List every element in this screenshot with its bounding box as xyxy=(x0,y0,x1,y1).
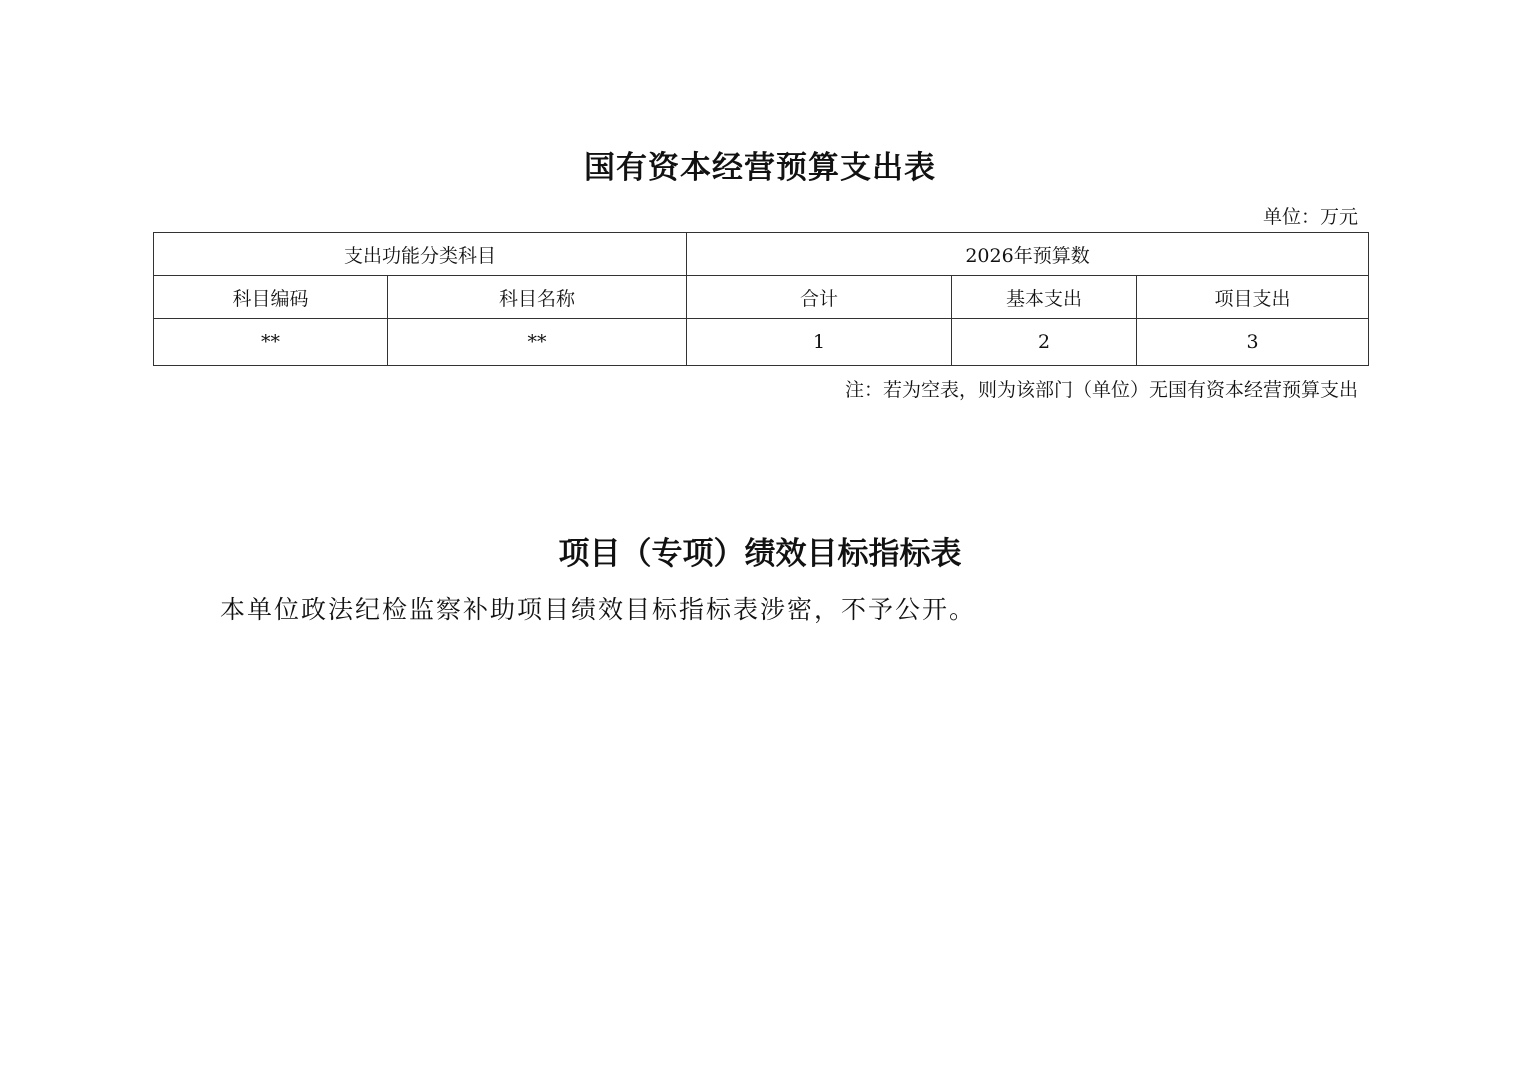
page-title-performance-targets: 项目（专项）绩效目标指标表 xyxy=(0,528,1520,573)
page-title-state-capital-budget: 国有资本经营预算支出表 xyxy=(0,142,1520,187)
cell-code: ** xyxy=(154,319,388,366)
unit-label: 单位：万元 xyxy=(1263,202,1358,229)
column-header-basic: 基本支出 xyxy=(952,276,1137,319)
table-row: ** ** 1 2 3 xyxy=(154,319,1369,366)
column-header-name: 科目名称 xyxy=(388,276,687,319)
cell-project: 3 xyxy=(1137,319,1369,366)
column-header-project: 项目支出 xyxy=(1137,276,1369,319)
budget-table: 支出功能分类科目 2026年预算数 科目编码 科目名称 合计 基本支出 项目支出… xyxy=(153,232,1369,366)
group-header-function-category: 支出功能分类科目 xyxy=(154,233,687,276)
column-header-row: 科目编码 科目名称 合计 基本支出 项目支出 xyxy=(154,276,1369,319)
group-header-budget-year: 2026年预算数 xyxy=(687,233,1369,276)
cell-basic: 2 xyxy=(952,319,1137,366)
table-note: 注：若为空表，则为该部门（单位）无国有资本经营预算支出 xyxy=(845,375,1358,402)
cell-total: 1 xyxy=(687,319,952,366)
column-header-total: 合计 xyxy=(687,276,952,319)
column-header-code: 科目编码 xyxy=(154,276,388,319)
confidential-statement: 本单位政法纪检监察补助项目绩效目标指标表涉密，不予公开。 xyxy=(220,590,976,626)
cell-name: ** xyxy=(388,319,687,366)
group-header-row: 支出功能分类科目 2026年预算数 xyxy=(154,233,1369,276)
